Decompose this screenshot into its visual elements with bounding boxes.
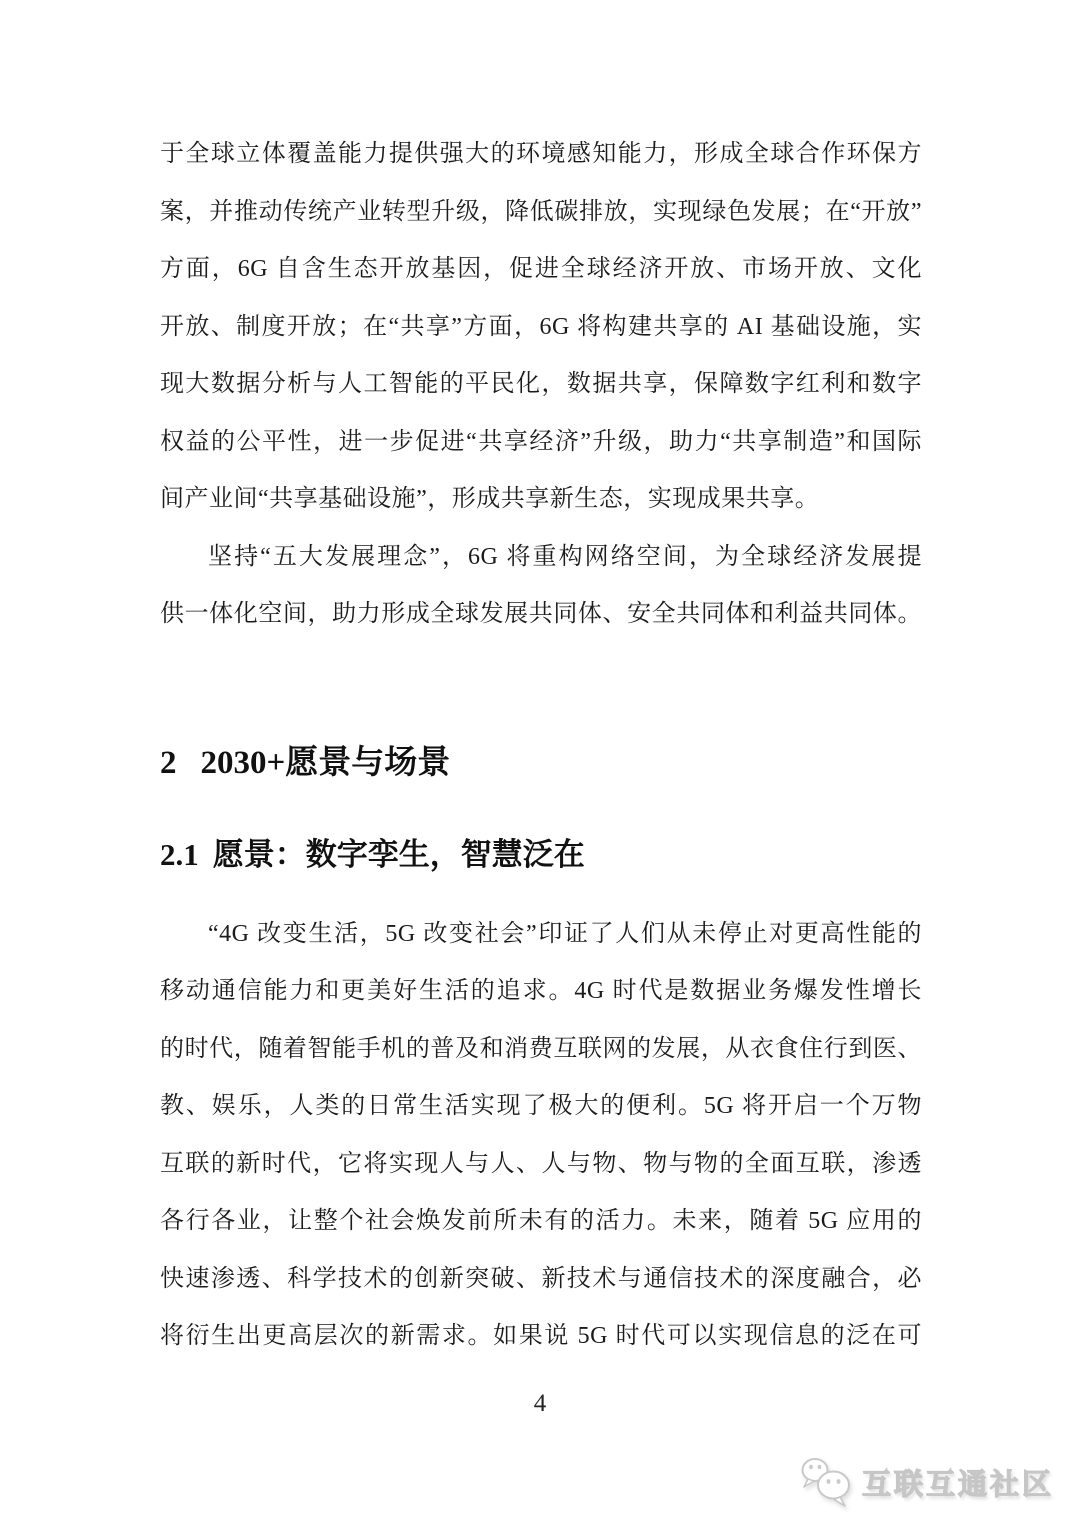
body-text-line: 坚持“五大发展理念”，6G 将重构网络空间，为全球经济发展提 — [160, 529, 922, 587]
body-text-line: “4G 改变生活，5G 改变社会”印证了人们从未停止对更高性能的 — [160, 906, 922, 964]
body-text-line: 的时代，随着智能手机的普及和消费互联网的发展，从衣食住行到医、 — [160, 1021, 922, 1079]
paragraph-2: 坚持“五大发展理念”，6G 将重构网络空间，为全球经济发展提 供一体化空间，助力… — [160, 529, 922, 644]
body-text-line: 方面，6G 自含生态开放基因，促进全球经济开放、市场开放、文化 — [160, 241, 922, 299]
subsection-number: 2.1 — [160, 837, 199, 872]
body-text-line: 间产业间“共享基础设施”，形成共享新生态，实现成果共享。 — [160, 471, 922, 529]
section-title: 2030+愿景与场景 — [201, 745, 451, 781]
body-text-line: 开放、制度开放；在“共享”方面，6G 将构建共享的 AI 基础设施，实 — [160, 299, 922, 357]
section-heading: 22030+愿景与场景 — [160, 739, 922, 787]
subsection-heading: 2.1愿景：数字孪生，智慧泛在 — [160, 832, 922, 878]
section-number: 2 — [160, 745, 177, 781]
paragraph-3: “4G 改变生活，5G 改变社会”印证了人们从未停止对更高性能的 移动通信能力和… — [160, 906, 922, 1366]
document-page: 于全球立体覆盖能力提供强大的环境感知能力，形成全球合作环保方 案，并推动传统产业… — [0, 0, 1080, 1526]
body-text-line: 快速渗透、科学技术的创新突破、新技术与通信技术的深度融合，必 — [160, 1251, 922, 1309]
document-body: 于全球立体覆盖能力提供强大的环境感知能力，形成全球合作环保方 案，并推动传统产业… — [160, 126, 922, 1366]
body-text-line: 各行各业，让整个社会焕发前所未有的活力。未来，随着 5G 应用的 — [160, 1193, 922, 1251]
subsection-title: 愿景：数字孪生，智慧泛在 — [213, 837, 585, 872]
body-text-line: 权益的公平性，进一步促进“共享经济”升级，助力“共享制造”和国际 — [160, 414, 922, 472]
wechat-icon — [800, 1456, 854, 1508]
body-text-line: 教、娱乐，人类的日常生活实现了极大的便利。5G 将开启一个万物 — [160, 1078, 922, 1136]
body-text-line: 将衍生出更高层次的新需求。如果说 5G 时代可以实现信息的泛在可 — [160, 1308, 922, 1366]
watermark: 互联互通社区 — [800, 1456, 1054, 1508]
body-text-line: 互联的新时代，它将实现人与人、人与物、物与物的全面互联，渗透 — [160, 1136, 922, 1194]
watermark-text: 互联互通社区 — [862, 1462, 1054, 1503]
body-text-line: 案，并推动传统产业转型升级，降低碳排放，实现绿色发展；在“开放” — [160, 184, 922, 242]
body-text-line: 现大数据分析与人工智能的平民化，数据共享，保障数字红利和数字 — [160, 356, 922, 414]
body-text-line: 移动通信能力和更美好生活的追求。4G 时代是数据业务爆发性增长 — [160, 963, 922, 1021]
body-text-line: 供一体化空间，助力形成全球发展共同体、安全共同体和利益共同体。 — [160, 586, 922, 644]
body-text-line: 于全球立体覆盖能力提供强大的环境感知能力，形成全球合作环保方 — [160, 126, 922, 184]
page-number: 4 — [0, 1386, 1080, 1422]
paragraph-1: 于全球立体覆盖能力提供强大的环境感知能力，形成全球合作环保方 案，并推动传统产业… — [160, 126, 922, 529]
